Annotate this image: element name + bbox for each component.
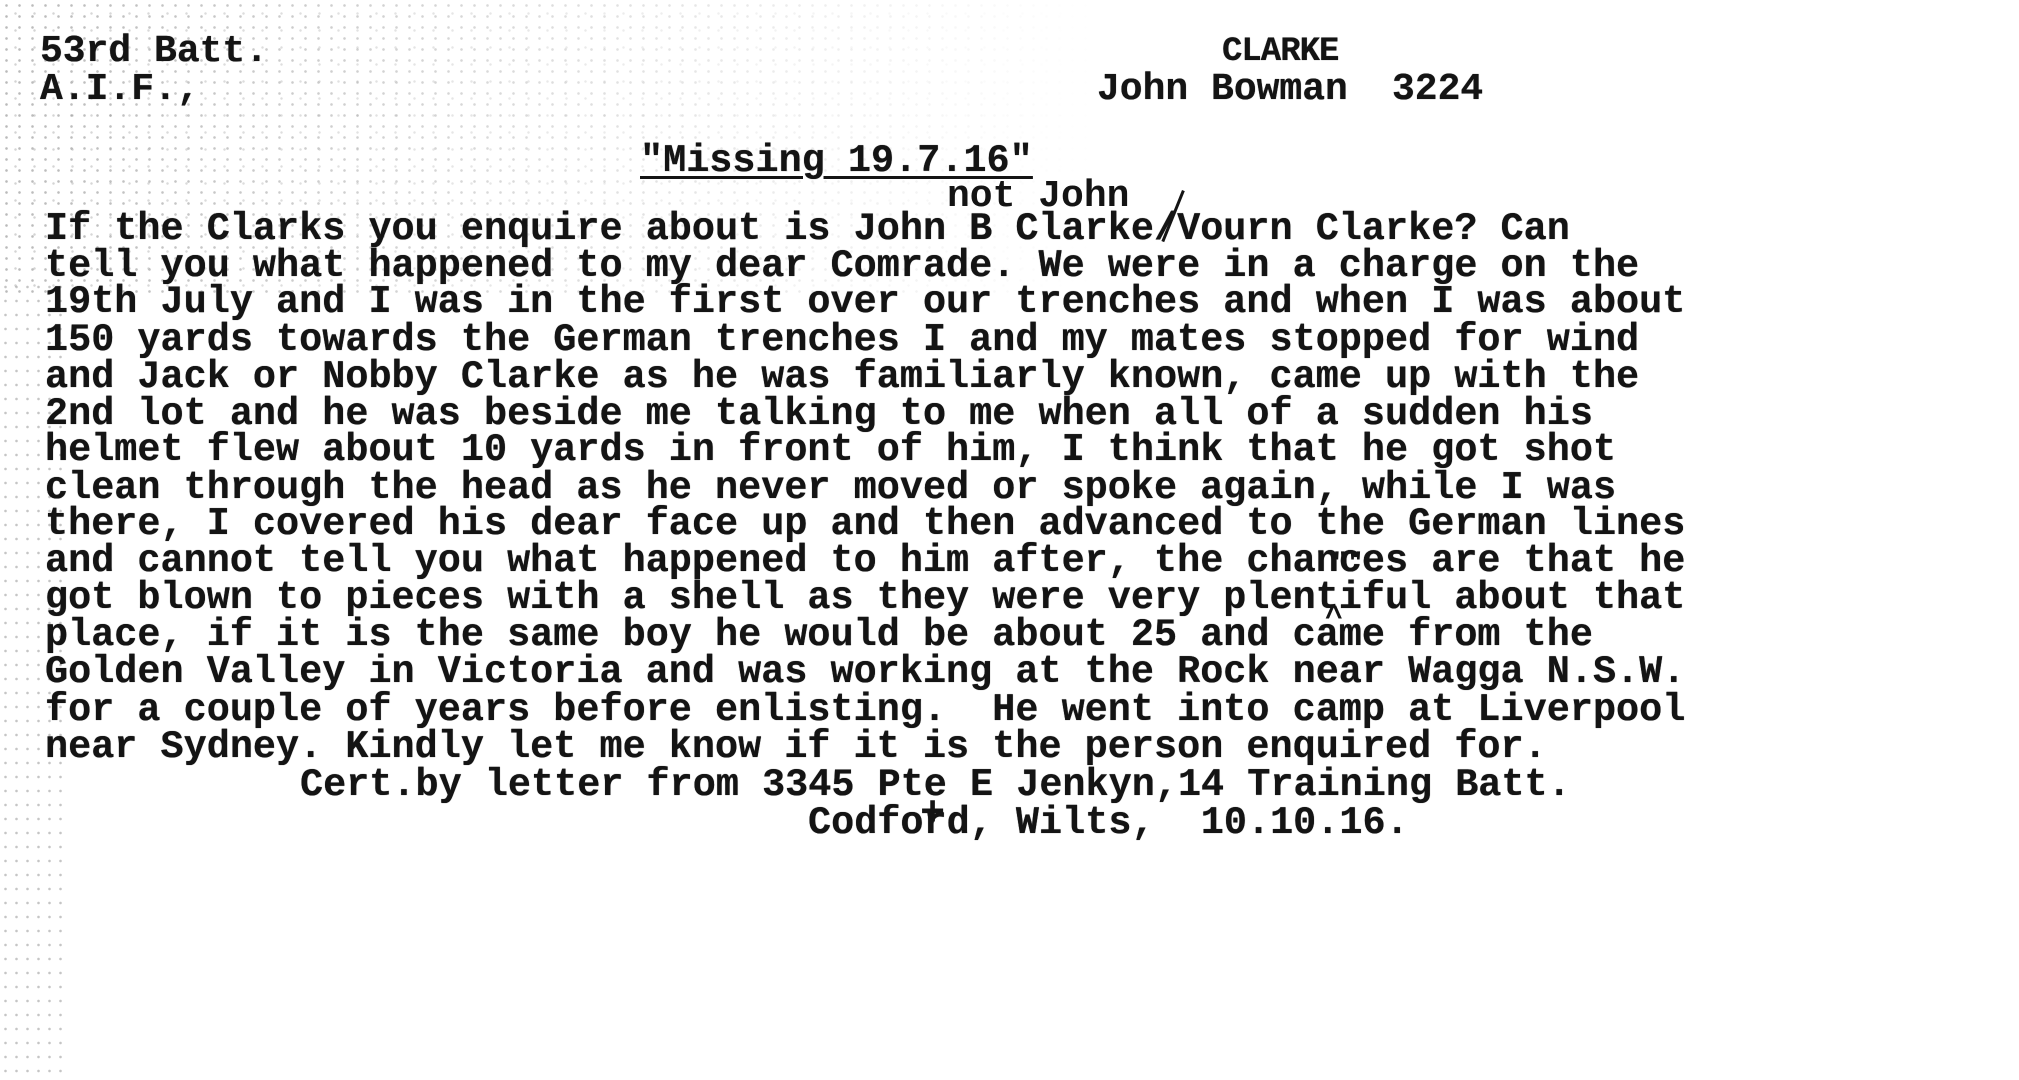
body-line: Golden Valley in Victoria and was workin… — [45, 652, 1685, 692]
body-line: and Jack or Nobby Clarke as he was famil… — [45, 357, 1639, 397]
body-line: If the Clarks you enquire about is John … — [45, 209, 1570, 249]
document-page: 53rd Batt. A.I.F., CLARKE John Bowman 32… — [0, 0, 2019, 1080]
header-service-number: 3224 — [1392, 70, 1483, 110]
body-line: 150 yards towards the German trenches I … — [45, 320, 1639, 360]
body-line: helmet flew about 10 yards in front of h… — [45, 430, 1616, 470]
body-line: there, I covered his dear face up and th… — [45, 504, 1685, 544]
body-line: 19th July and I was in the first over ou… — [45, 282, 1685, 322]
insertion-quotes: "" — [1332, 548, 1363, 578]
header-given-names: John Bowman — [1097, 70, 1348, 110]
body-line: got blown to pieces with a shell as they… — [45, 578, 1685, 618]
body-line: and cannot tell you what happened to him… — [45, 541, 1685, 581]
header-unit: 53rd Batt. — [40, 32, 268, 72]
insertion-caret-mark: ^ — [1325, 602, 1343, 636]
place-date-line: Codford, Wilts, 10.10.16. — [808, 803, 1409, 843]
header-force: A.I.F., — [40, 70, 200, 110]
handwritten-cross-mark: + — [920, 790, 945, 838]
body-line: near Sydney. Kindly let me know if it is… — [45, 727, 1547, 767]
header-surname: CLARKE — [1222, 32, 1338, 72]
body-line: for a couple of years before enlisting. … — [45, 690, 1685, 730]
body-line: place, if it is the same boy he would be… — [45, 615, 1593, 655]
